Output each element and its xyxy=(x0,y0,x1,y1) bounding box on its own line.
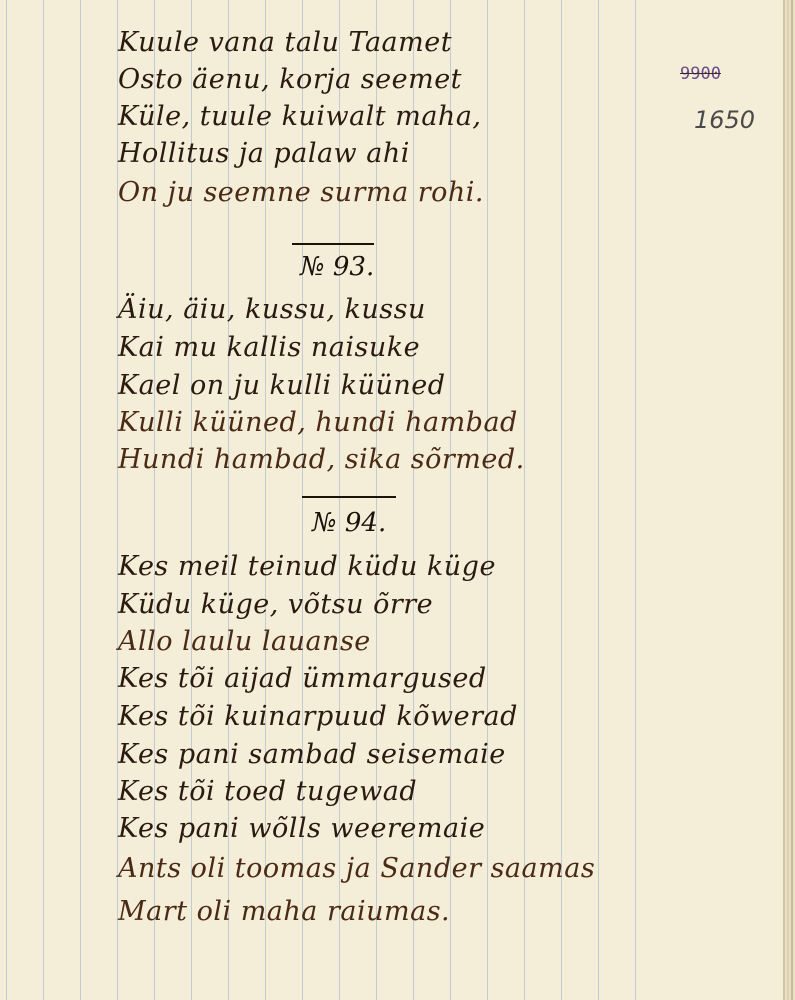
section-heading: № 94. xyxy=(312,508,386,538)
verse-line: On ju seemne surma rohi. xyxy=(118,176,484,210)
page-edge xyxy=(787,0,789,1000)
verse-line: Kael on ju kulli küüned xyxy=(118,369,446,403)
verse-line: Kuule vana talu Taamet xyxy=(118,26,452,60)
verse-line: Küdu küge, võtsu õrre xyxy=(118,588,433,622)
page-edge xyxy=(783,0,785,1000)
verse-line: Kulli küüned, hundi hambad xyxy=(118,406,518,440)
verse-line: Kes pani wõlls weeremaie xyxy=(118,812,485,846)
verse-line: Hollitus ja palaw ahi xyxy=(118,137,410,171)
verse-line: Allo laulu lauanse xyxy=(118,625,371,659)
struck-stamp-number: 9900 xyxy=(680,64,721,84)
section-divider xyxy=(302,496,396,498)
pencil-page-number: 1650 xyxy=(694,106,755,134)
verse-line: Osto äenu, korja seemet xyxy=(118,63,462,97)
verse-line: Kes tõi kuinarpuud kõwerad xyxy=(118,700,518,734)
verse-line: Küle, tuule kuiwalt maha, xyxy=(118,100,482,134)
verse-line: Kes pani sambad seisemaie xyxy=(118,738,506,772)
verse-line: Kes tõi toed tugewad xyxy=(118,775,417,809)
verse-line: Kai mu kallis naisuke xyxy=(118,331,420,365)
section-heading: № 93. xyxy=(300,252,374,282)
verse-line: Hundi hambad, sika sõrmed. xyxy=(118,443,525,477)
verse-line: Äiu, äiu, kussu, kussu xyxy=(118,293,426,327)
verse-line: Kes meil teinud küdu küge xyxy=(118,550,496,584)
verse-line: Ants oli toomas ja Sander saamas xyxy=(118,852,595,886)
section-divider xyxy=(292,243,374,245)
verse-line: Mart oli maha raiumas. xyxy=(118,895,450,929)
manuscript-page: 9900 1650 Kuule vana talu Taamet Osto äe… xyxy=(0,0,783,1000)
page-edge xyxy=(791,0,793,1000)
verse-line: Kes tõi aijad ümmargused xyxy=(118,662,487,696)
